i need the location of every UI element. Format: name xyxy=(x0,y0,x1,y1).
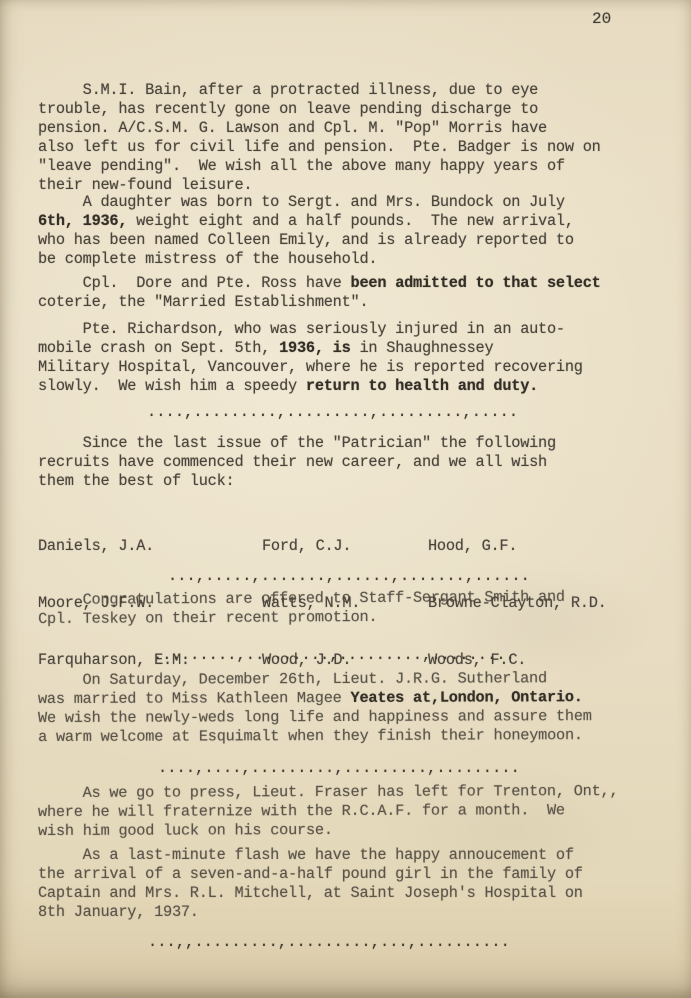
paragraph-text-retyped: 6th, 1936, xyxy=(38,212,127,230)
paragraph-text: A daughter was born to Sergt. and Mrs. B… xyxy=(38,193,565,211)
paragraph-text-retyped: Yeates at,London, Ontario. xyxy=(350,688,582,707)
paragraph-mitchell-birth: As a last-minute flash we have the happy… xyxy=(38,846,583,922)
paragraph-bain-retirement: S.M.I. Bain, after a protracted illness,… xyxy=(38,81,601,195)
paragraph-richardson-hospital: Pte. Richardson, who was seriously injur… xyxy=(38,320,583,396)
recruit-name: Daniels, J.A. xyxy=(38,537,190,556)
paragraph-text-retyped: been admitted to that select xyxy=(351,274,601,292)
paragraph-sutherland-wedding: On Saturday, December 26th, Lieut. J.R.G… xyxy=(38,669,592,747)
dotted-separator: ....,....,.........,.........,......... xyxy=(158,759,520,778)
dotted-separator: .........,.........,.........,......... xyxy=(153,646,515,665)
dotted-separator: ...,.....,.......,......,.......,...... xyxy=(168,567,530,586)
paragraph-recruits-intro: Since the last issue of the "Patrician" … xyxy=(38,434,556,491)
paragraph-text: coterie, the "Married Establishment". xyxy=(38,293,368,311)
paragraph-fraser-rcaf: As we go to press, Lieut. Fraser has lef… xyxy=(38,782,619,841)
page-number: 20 xyxy=(592,10,611,29)
dotted-separator: ....,.........,.........,.........,..... xyxy=(147,403,518,422)
paragraph-promotions: Congratulations are offered to Staff-Ser… xyxy=(38,588,565,629)
paragraph-text-retyped: 1936, is xyxy=(279,339,350,357)
dotted-separator: ...,,.........,.........,...,.......... xyxy=(148,933,510,952)
paragraph-text-retyped: return to health and duty. xyxy=(306,377,538,395)
paragraph-text: Cpl. Dore and Pte. Ross have xyxy=(38,274,351,292)
document-page: 20 S.M.I. Bain, after a protracted illne… xyxy=(0,0,691,998)
paragraph-dore-ross-married: Cpl. Dore and Pte. Ross have been admitt… xyxy=(38,274,601,312)
recruit-name: Ford, C.J. xyxy=(262,537,360,556)
recruit-name: Hood, G.F. xyxy=(428,537,607,556)
paragraph-bundock-birth: A daughter was born to Sergt. and Mrs. B… xyxy=(38,193,574,269)
